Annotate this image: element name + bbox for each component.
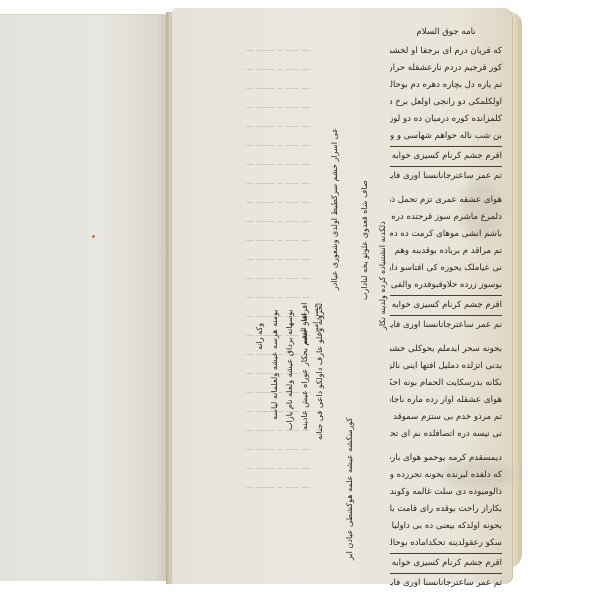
verse-line: اولکلمکی دو رانجی اولعل برخ دوده (390, 94, 502, 111)
marginal-note: عی اسرار خشم سرکطیط اولدی وشعوری عیاادر (330, 128, 339, 290)
left-page (0, 14, 168, 581)
verse-line: تم مردو خدم بی ستزم سموقد لزادم (390, 409, 502, 426)
verse-line: بحونه اولدکه بیعنی ده بی داولیا (390, 518, 502, 535)
ink-speck (92, 235, 95, 238)
marginal-note: وکه رانه (255, 323, 264, 350)
marginal-note: دلکدنه انشتنیاده کرده ولدینه نکار (378, 221, 387, 330)
verse-line: بدنی اتزلده دملیل افتها اینی نالزادم (390, 358, 502, 375)
marginal-note: بومنه هرسه عیشه ولعلمانه لیاسه (270, 310, 279, 420)
verse-line: هوای عشقه عمری تزم تحمل ذهره دم (390, 192, 502, 209)
stanza-gap (390, 592, 502, 599)
poem-heading: نامه جوق السلام (390, 24, 502, 41)
verse-line: دیمسقدم کرمه یوحمو هوای باردن اتا (390, 450, 502, 467)
verse-line: بکاراز راحت بوقده رای قامت بالا (390, 501, 502, 518)
verse-line: دلمرع ماشرم سوز قرحتده دره لردم (390, 209, 502, 226)
verse-line: باشم انشی موهای کرمت ده دم تم (390, 226, 502, 243)
marginal-note: بوسهانه برداق عیشه ولعله نام یازاب (285, 309, 294, 430)
ruled-divider (390, 315, 502, 316)
verse-line: ذالومیوده دی سلت غالمه وکوندامرسوا (390, 484, 502, 501)
refrain-line: اقرم جشم کرنام کسیزی خوابه راحتده (390, 297, 502, 314)
verse-line: بحونه سحر ایدملم بحوکلی خشم ملام (390, 341, 502, 358)
refrain-line: نم عمر ساعترجانانسنا اوری فایمنده (390, 317, 502, 334)
refrain-line: تم عمر ساعترجانانسنا اوری فایمنده (390, 168, 502, 185)
verse-line: بوسوز زرده حلاوقبوقدره والفی حو کلم (390, 277, 502, 294)
ruled-divider (390, 553, 502, 554)
stanza-gap (390, 443, 502, 450)
verse-line: بن شب ناله حواهم شهاسی و وه اشده (390, 128, 502, 145)
verse-line: سکو رعقولدینه تحکداماده بوحالو (390, 535, 502, 552)
verse-line: که دلفده لبرنده بحونه تحرزده وکلیا (390, 467, 502, 484)
ruled-divider (390, 573, 502, 574)
verse-line: کلمزانده کوره درمیان ده دو لوزکده (390, 111, 502, 128)
refrain-line: تم عمر ساعترجانانسنا اوری فایمنده (390, 575, 502, 592)
main-text-block: نامه جوق السلام که قربان درم ای برجفا او… (390, 24, 502, 599)
signature: عبده الفقیر (300, 312, 308, 345)
ruled-divider (390, 166, 502, 167)
marginal-note: صاف شاه قعدوی علوتو یخه لنادارب (360, 180, 369, 300)
ruled-divider (390, 146, 502, 147)
verse-line: کور قرجیم دردم نارعشقله حراره (390, 60, 502, 77)
marginal-note: کورمنکشه عیشه علمه هوکشطی عیادن ابر (345, 418, 354, 560)
verse-line: هوای عشقله اوار رده ماره ناجادم (390, 392, 502, 409)
ruled-divider (390, 295, 502, 296)
verse-line: نی نیسه دره اتصافلده نم ای تحکادم (390, 426, 502, 443)
verse-line: نکانه بدرسکایت الحمام بونه احکادم (390, 375, 502, 392)
refrain-line: اقرم جشم کرنام کسیزی خوابه راحتده (390, 148, 502, 165)
stanza-gap (390, 185, 502, 192)
refrain-line: اقرم جشم کرنام کسیزی خوابه راحتده (390, 555, 502, 572)
stanza-gap (390, 334, 502, 341)
verse-line: نی عیاملک یحوزه کی افتاسو دارسم (390, 260, 502, 277)
signature: حسن امین (312, 304, 320, 335)
verse-line: تم مراقد م برباده بوقدینه وهم (390, 243, 502, 260)
verse-line: تم یاره دل بچاره دهره دم بوحالنده (390, 77, 502, 94)
bleed-through-text: ـــ ـــــ ــ ـــــــ ـــ ـــ ـــــ ــ ــ… (200, 40, 310, 520)
verse-line: که قربان درم ای برجفا او لخشم اقر (390, 43, 502, 60)
